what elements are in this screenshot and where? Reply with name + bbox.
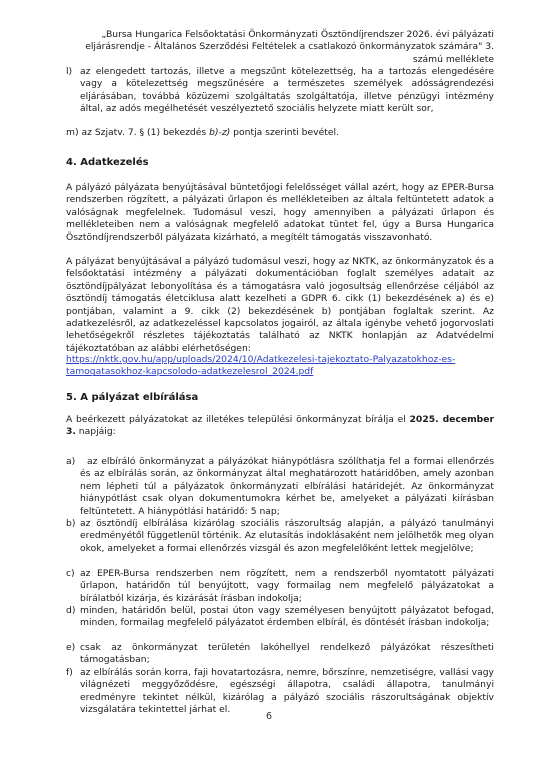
list-text-end: pontja szerinti bevétel. <box>230 127 339 138</box>
list-label: m) <box>66 127 79 138</box>
list-text: csak az önkormányzat területén lakóhelly… <box>80 642 494 667</box>
list-item-b: b) az ösztöndíj elbírálása kizárólag szo… <box>66 518 494 555</box>
list-item-d: d) minden, határidőn belül, postai úton … <box>66 605 494 630</box>
list-item-f: f) az elbírálás során korra, faji hovata… <box>66 667 494 717</box>
list-text: az Szjatv. 7. § (1) bekezdés <box>81 127 209 138</box>
document-header: „Bursa Hungarica Felsőoktatási Önkormány… <box>66 29 494 66</box>
header-line-2: eljárásrendje - Általános Szerződési Fel… <box>66 41 494 53</box>
list-item-a: a) az elbíráló önkormányzat a pályázókat… <box>66 456 494 518</box>
list-label: e) <box>66 642 75 654</box>
header-line-1: „Bursa Hungarica Felsőoktatási Önkormány… <box>66 29 494 41</box>
list-text: az EPER-Bursa rendszerben nem rögzített,… <box>80 568 494 605</box>
paragraph-deadline: A beérkezett pályázatokat az illetékes t… <box>66 414 494 439</box>
section-heading-elbiralas: 5. A pályázat elbírálása <box>66 392 198 403</box>
list-label: c) <box>66 568 75 580</box>
section-heading-adatkezeles: 4. Adatkezelés <box>66 157 149 168</box>
list-label: a) <box>66 456 75 468</box>
intro-text-end: napjáig: <box>76 426 116 437</box>
document-page: „Bursa Hungarica Felsőoktatási Önkormány… <box>0 0 543 768</box>
list-item-c: c) az EPER-Bursa rendszerben nem rögzíte… <box>66 568 494 605</box>
list-label: d) <box>66 605 75 617</box>
list-label: f) <box>66 667 73 679</box>
list-text: az ösztöndíj elbírálása kizárólag szociá… <box>80 518 494 555</box>
link-line-2[interactable]: tamogatasokhoz-kapcsolodo-adatkezelesrol… <box>66 366 494 378</box>
list-text: az elbíráló önkormányzat a pályázókat hi… <box>80 456 494 518</box>
page-number: 6 <box>266 711 272 722</box>
intro-text: A beérkezett pályázatokat az illetékes t… <box>66 414 410 425</box>
list-text-italic: b)-z) <box>209 127 230 138</box>
list-label: b) <box>66 518 75 530</box>
list-label: l) <box>66 66 72 78</box>
list-text: minden, határidőn belül, postai úton vag… <box>80 605 494 630</box>
list-item-l: l) az elengedett tartozás, illetve a meg… <box>66 66 494 116</box>
list-text: az elengedett tartozás, illetve a megszű… <box>80 66 494 116</box>
header-line-3: számú melléklete <box>66 54 494 66</box>
paragraph-liability: A pályázó pályázata benyújtásával büntet… <box>66 182 494 244</box>
list-text: az elbírálás során korra, faji hovatarto… <box>80 667 494 717</box>
privacy-policy-link[interactable]: https://nktk.gov.hu/app/uploads/2024/10/… <box>66 354 494 379</box>
paragraph-data-processing: A pályázat benyújtásával a pályázó tudom… <box>66 256 494 355</box>
list-item-m: m) az Szjatv. 7. § (1) bekezdés b)-z) po… <box>66 127 494 139</box>
list-item-e: e) csak az önkormányzat területén lakóhe… <box>66 642 494 667</box>
link-line-1[interactable]: https://nktk.gov.hu/app/uploads/2024/10/… <box>66 354 494 366</box>
